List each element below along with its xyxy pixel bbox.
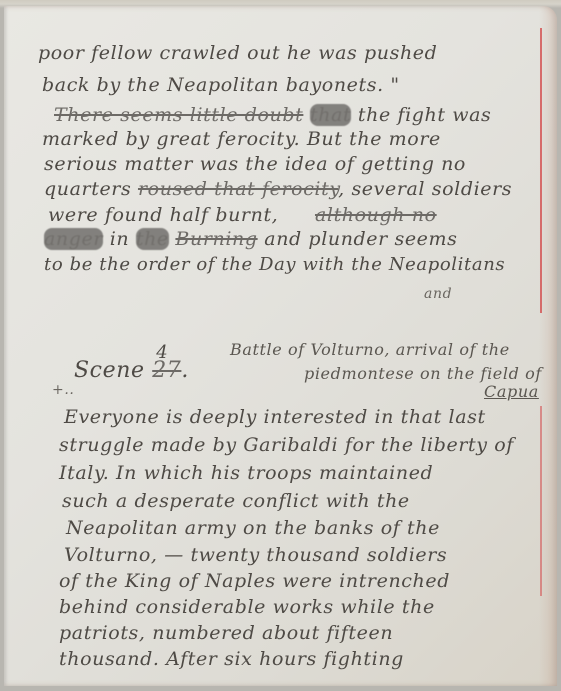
text-line-6: quarters roused that ferocity, several s… [44,178,512,200]
body-line-9: patriots, numbered about fifteen [59,622,393,644]
scene-caption-line-1: Battle of Volturno, arrival of the [230,340,510,359]
text-line-8: anger in the Burning and plunder seems [44,228,457,250]
red-margin-line-top [540,28,542,313]
line-text: back by the Neapolitan bayonets. " [42,74,400,96]
body-line-3: Italy. In which his troops maintained [59,462,433,484]
text-line-3: There seems little doubt that the fight … [54,104,491,126]
struck-text: roused that ferocity [138,178,338,200]
body-line-10: thousand. After six hours fighting [59,648,404,670]
body-line-6: Volturno, — twenty thousand soldiers [64,544,447,566]
line-text: Italy. In which his troops maintained [59,462,433,484]
line-text: Volturno, — twenty thousand soldiers [64,544,447,566]
line-text: struggle made by Garibaldi for the liber… [59,434,514,456]
manuscript-page: poor fellow crawled out he was pushed ba… [4,6,557,686]
text-line-7: were found half burnt, although no [48,204,437,226]
note-text: and [424,286,452,302]
scanned-page-image: poor fellow crawled out he was pushed ba… [0,0,561,691]
red-margin-line-bottom [540,406,542,596]
text-line-1: poor fellow crawled out he was pushed [38,42,437,64]
caption-text: piedmontese on the field of [304,364,542,383]
text-line-9: to be the order of the Day with the Neap… [44,254,505,275]
scene-caption-line-2: piedmontese on the field of [304,364,542,383]
line-text: serious matter was the idea of getting n… [44,153,466,175]
scene-number: 4 27 [152,358,181,383]
line-text: and plunder seems [264,228,457,250]
body-line-2: struggle made by Garibaldi for the liber… [59,434,514,456]
caption-text: Capua [484,382,539,401]
scene-label: Scene [74,358,145,383]
scene-number-correction: 4 [156,342,168,363]
line-text: marked by great ferocity. But the more [42,128,441,150]
line-text: patriots, numbered about fifteen [59,622,393,644]
ink-smudge: the [136,228,169,250]
body-line-1: Everyone is deeply interested in that la… [64,406,486,428]
line-text: poor fellow crawled out he was pushed [38,42,437,64]
mark-text: +.. [52,382,74,398]
scene-caption-line-3: Capua [484,382,539,401]
scene-number-period: . [181,358,189,383]
scene-heading: Scene 4 27 . [74,358,189,383]
struck-text: Burning [175,228,257,250]
ink-smudge: that [310,104,351,126]
line-text: such a desperate conflict with the [62,490,410,512]
struck-text: There seems little doubt [54,104,303,126]
margin-note: and [424,286,452,302]
text-line-5: serious matter was the idea of getting n… [44,153,466,175]
line-text: to be the order of the Day with the Neap… [44,254,505,275]
line-text: Everyone is deeply interested in that la… [64,406,486,428]
body-line-8: behind considerable works while the [59,596,435,618]
scene-mark: +.. [52,382,74,398]
line-text: of the King of Naples were intrenched [59,570,450,592]
line-text: , several soldiers [338,178,512,200]
line-text: behind considerable works while the [59,596,435,618]
line-text: thousand. After six hours fighting [59,648,404,670]
body-line-5: Neapolitan army on the banks of the [66,517,440,539]
line-text: were found half burnt, [48,204,278,226]
line-text: Neapolitan army on the banks of the [66,517,440,539]
line-text: quarters [44,178,131,200]
text-line-4: marked by great ferocity. But the more [42,128,441,150]
text-line-2: back by the Neapolitan bayonets. " [42,74,400,96]
body-line-7: of the King of Naples were intrenched [59,570,450,592]
line-text: the fight was [358,104,491,126]
body-line-4: such a desperate conflict with the [62,490,410,512]
caption-text: Battle of Volturno, arrival of the [230,340,510,359]
ink-smudge: anger [44,228,103,250]
line-text: in [110,228,130,250]
struck-text: although no [315,204,437,226]
